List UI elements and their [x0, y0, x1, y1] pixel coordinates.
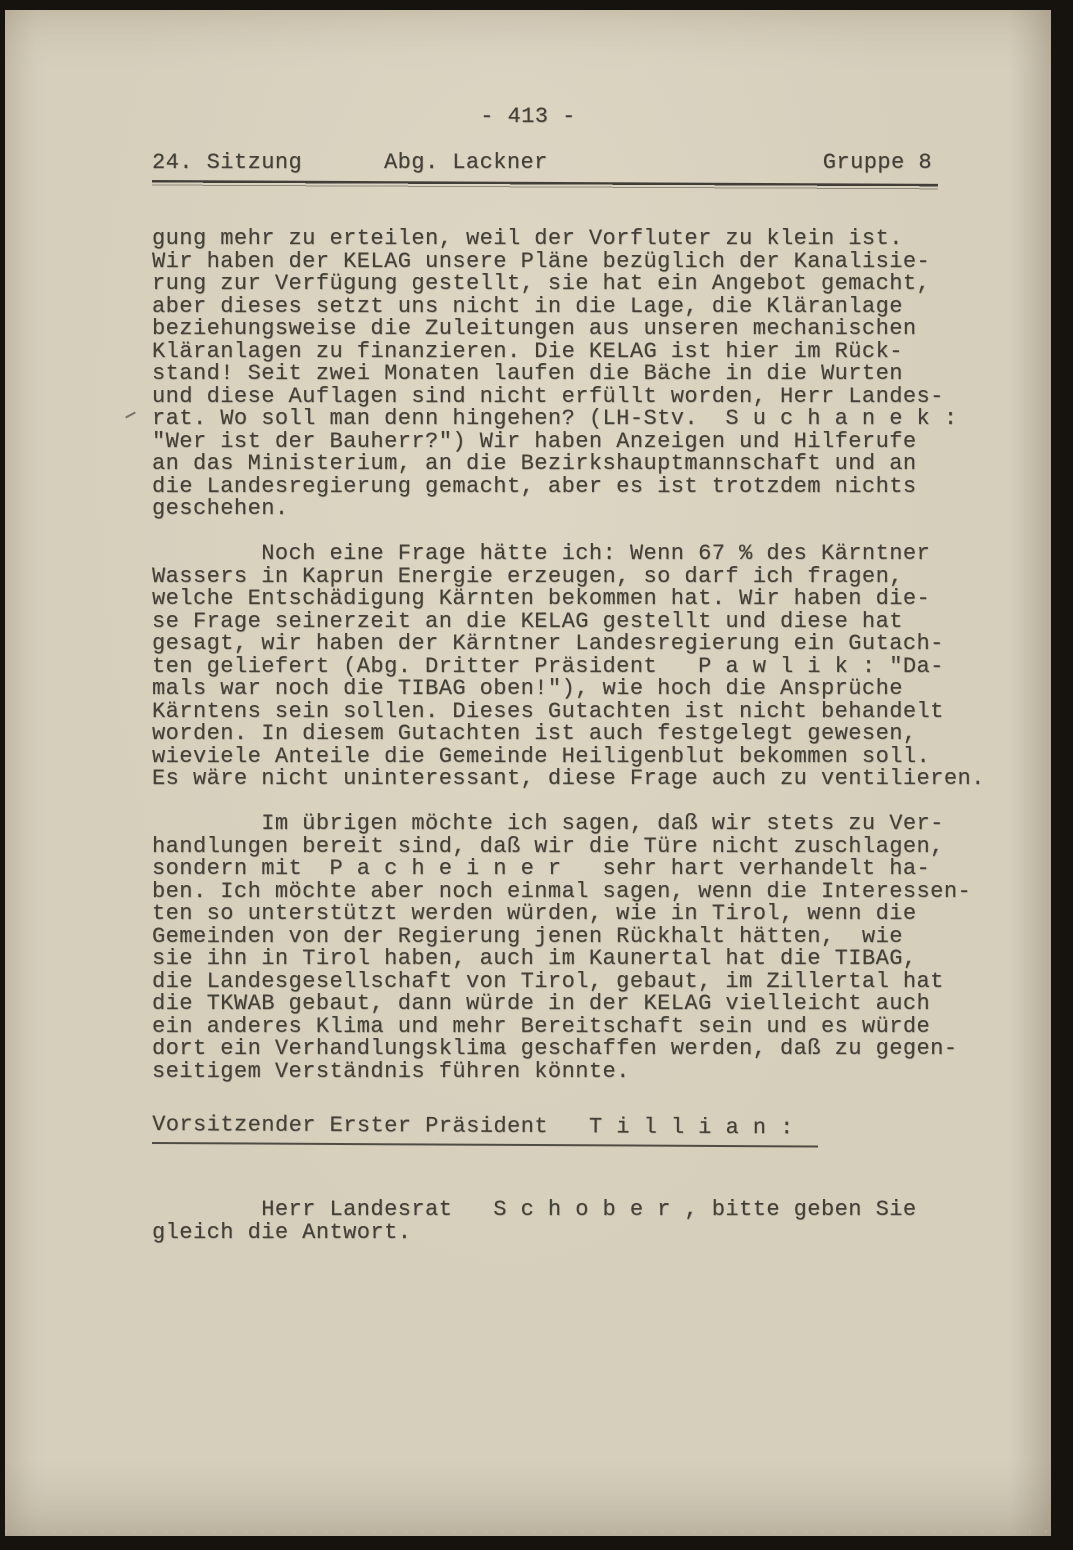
header-speaker-label: Abg. Lackner — [384, 152, 548, 175]
body-text: gung mehr zu erteilen, weil der Vorflute… — [152, 228, 1052, 1244]
stray-pen-mark — [125, 412, 136, 419]
page-header: 24. Sitzung Abg. Lackner Gruppe 8 — [152, 152, 934, 180]
paragraph-2: Noch eine Frage hätte ich: Wenn 67 % des… — [152, 543, 1052, 791]
paragraph-3: Im übrigen möchte ich sagen, daß wir ste… — [152, 813, 1052, 1083]
chairman-heading: Vorsitzender Erster Präsident T i l l i … — [152, 1114, 818, 1147]
paragraph-1: gung mehr zu erteilen, weil der Vorflute… — [152, 228, 1052, 521]
document-page: - 413 - 24. Sitzung Abg. Lackner Gruppe … — [5, 10, 1051, 1536]
page-number: - 413 - — [5, 106, 1051, 129]
header-underline — [152, 180, 938, 191]
header-group-label: Gruppe 8 — [823, 152, 932, 175]
header-session-label: 24. Sitzung — [152, 152, 302, 175]
scan-edge-dots — [5, 1530, 1051, 1533]
closing-paragraph: Herr Landesrat S c h o b e r , bitte geb… — [152, 1199, 1052, 1244]
